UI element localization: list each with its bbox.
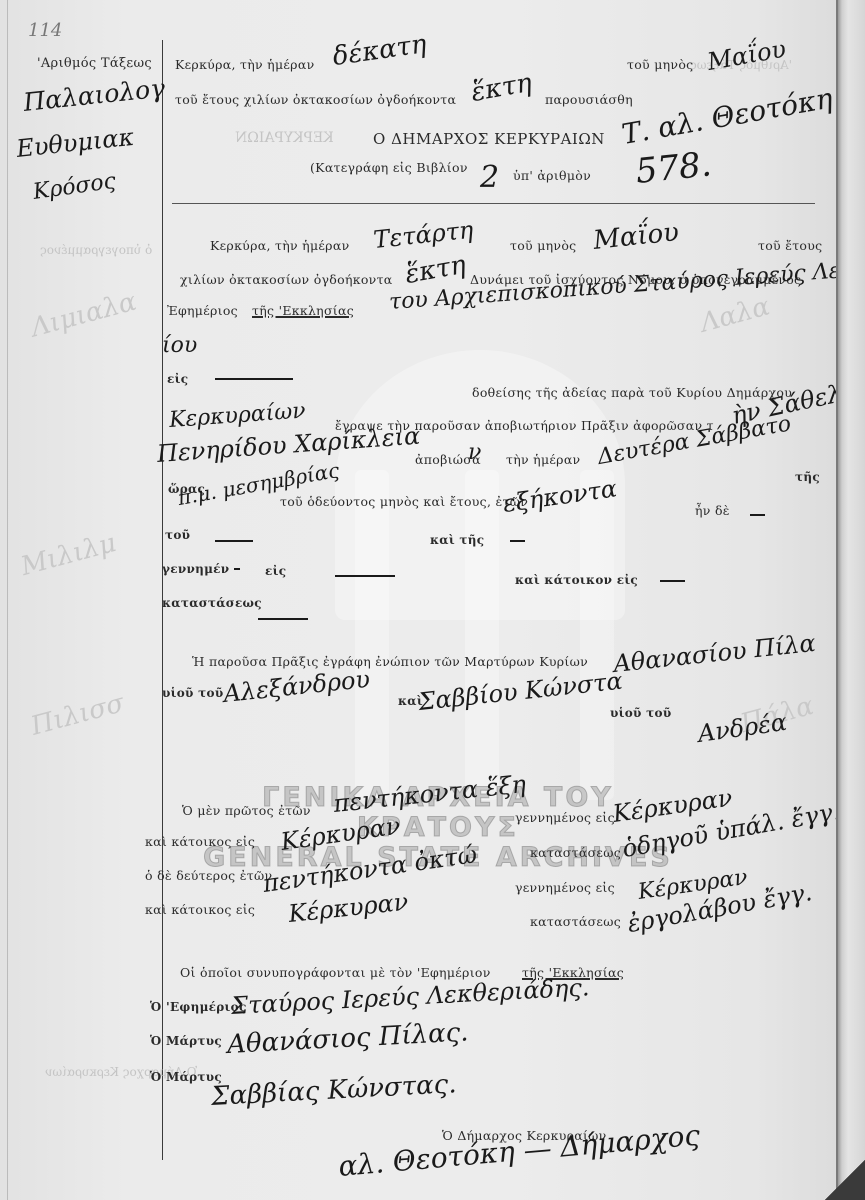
seal-bar [465,470,499,800]
blank-dash [258,618,308,620]
status-label: καταστάσεως [162,596,262,610]
page-edge-line [7,0,8,1200]
registry-label: (Κατεγράφη εἰς Βιβλίον [310,160,468,175]
bleed-through-text: ΚΕΡΚΥΡΑΙΩΝ [235,130,334,146]
priest-signature: Σταύρος Ιερεύς Λεκθεριάδης. [231,973,591,1020]
second-witness-status-label: καταστάσεως [530,914,621,929]
bleed-through-handwriting: Λιμιαλα [28,287,140,344]
book-gutter [838,0,865,1200]
day-label: τὴν ἡμέραν [506,452,580,467]
date-prefix: Κερκύρα, τὴν ἡμέραν [175,57,314,72]
deceased-suffix-handwritten: ν [468,440,481,465]
church-label: τῆς 'Εκκλησίας [252,303,354,318]
witnesses-intro: Ἡ παροῦσα Πρᾶξις ἐγράφη ἐνώπιον τῶν Μαρτ… [192,654,588,669]
born-in-label: εἰς [265,564,286,578]
registry-book-handwritten: 2 [480,160,499,195]
blank-dash [215,540,253,542]
second-witness-resident-label: καὶ κάτοικος εἰς [145,902,255,917]
bleed-through-handwriting: Μιλιλμ [18,528,119,582]
witness1-name-handwritten: Αθανασίου Πίλα [612,629,817,678]
blank-dash [750,514,765,516]
registry-number-label: ὑπ' ἀριθμὸν [513,168,591,183]
seal-bar [580,470,614,800]
permit-clause: δοθείσης τῆς ἀδείας παρὰ τοῦ Κυρίου Δημά… [472,385,792,400]
father-label: τοῦ [165,528,190,542]
body-year-prefix: χιλίων ὀκτακοσίων ὀγδοήκοντα [180,272,393,287]
blank-dash [234,568,240,570]
first-witness-born-label: γεννημένος εἰς [515,810,615,825]
year-prefix: τοῦ ἔτους χιλίων ὀκτακοσίων ὀγδοήκοντα [175,92,456,107]
page-corner-shadow [825,1160,865,1200]
first-witness-age-label: Ὁ μὲν πρῶτος ἐτῶν [182,803,311,818]
body-day-handwritten: Τετάρτη [372,216,475,254]
witness1-father-handwritten: Αλεξάνδρου [222,665,371,708]
bleed-through-handwriting: Πιλισσ [28,688,128,742]
order-number-header: 'Αριθμός Τάξεως [37,56,152,71]
blank-dash [335,575,395,577]
body-year-handwritten: ἕκτη [403,250,468,290]
section-divider [172,203,815,204]
bleed-through-text: ὁ ὑπογεγραμμένος [40,243,152,257]
document-page: ΚΕΡΚΥΡΑΙΩΝ 'Αριθμὸς Τάξεως ὁ ὑπογεγραμμέ… [0,0,838,1200]
date-day-handwritten: δέκατη [331,29,428,72]
body-month-handwritten: Μαΐου [592,217,681,256]
second-witness-age-label: ὁ δὲ δεύτερος ἐτῶν [145,868,272,883]
second-witness-resident-handwritten: Κέρκυραν [287,888,409,928]
witness1-signature: Αθανάσιος Πίλας. [226,1017,469,1060]
mother-label: καὶ τῆς [430,533,484,547]
witness2-signature: Σαββίας Κώνστας. [210,1069,457,1112]
place-handwritten: Κερκυραίων [168,399,306,433]
left-column-name: Ευθυμιακ [15,123,135,163]
blank-dash [510,540,525,542]
left-column-name: Κρόσος [32,169,118,205]
priest-name-continued: ίου [162,333,197,358]
month-label: τοῦ μηνὸς [627,57,693,72]
tis-label: τῆς [795,470,820,484]
registry-number-handwritten: 578. [634,144,713,192]
mayor-title: Ο ΔΗΜΑΡΧΟΣ ΚΕΡΚΥΡΑΙΩΝ [373,130,605,148]
body-month-label: τοῦ μηνὸς [510,238,576,253]
bleed-through-handwriting: Λαλα [697,291,773,338]
second-witness-born-label: γεννημένος εἰς [515,880,615,895]
was-label: ἦν δὲ [695,503,730,518]
body-date-prefix: Κερκύρα, τὴν ἡμέραν [210,238,349,253]
presented-label: παρουσιάσθη [545,92,633,107]
born-label: γεννημέν [162,562,229,576]
left-column-name: Παλαιολογ [22,73,166,117]
first-witness-resident-label: καὶ κάτοικος εἰς [145,834,255,849]
resident-label: καὶ κάτοικον εἰς [515,573,638,587]
blank-dash [215,378,293,380]
month-year-text: τοῦ ὁδεύοντος μηνὸς καὶ ἔτους, ἐτῶν [280,494,528,509]
son-of-label: υἱοῦ τοῦ [162,686,223,700]
signatures-intro: Οἱ ὁποῖοι συνυπογράφονται μὲ τὸν 'Εφημέρ… [180,965,491,980]
year-handwritten: ἕκτη [469,68,534,108]
mayor-signature: Τ. αλ. Θεοτόκη [619,81,835,151]
witness1-signature-label: Ὁ Μάρτυς [150,1034,222,1048]
seal-bar [355,470,389,800]
body-year-label: τοῦ ἔτους [758,238,822,253]
page-number: 114 [28,20,62,41]
son-of-label: υἱοῦ τοῦ [610,706,671,720]
witness2-father-handwritten: Ανδρέα [696,708,789,748]
priest-label: Ἐφημέριος [167,303,238,318]
blank-dash [660,580,685,582]
first-witness-status-label: καταστάσεως [530,845,621,860]
eis-label: εἰς [167,372,188,386]
